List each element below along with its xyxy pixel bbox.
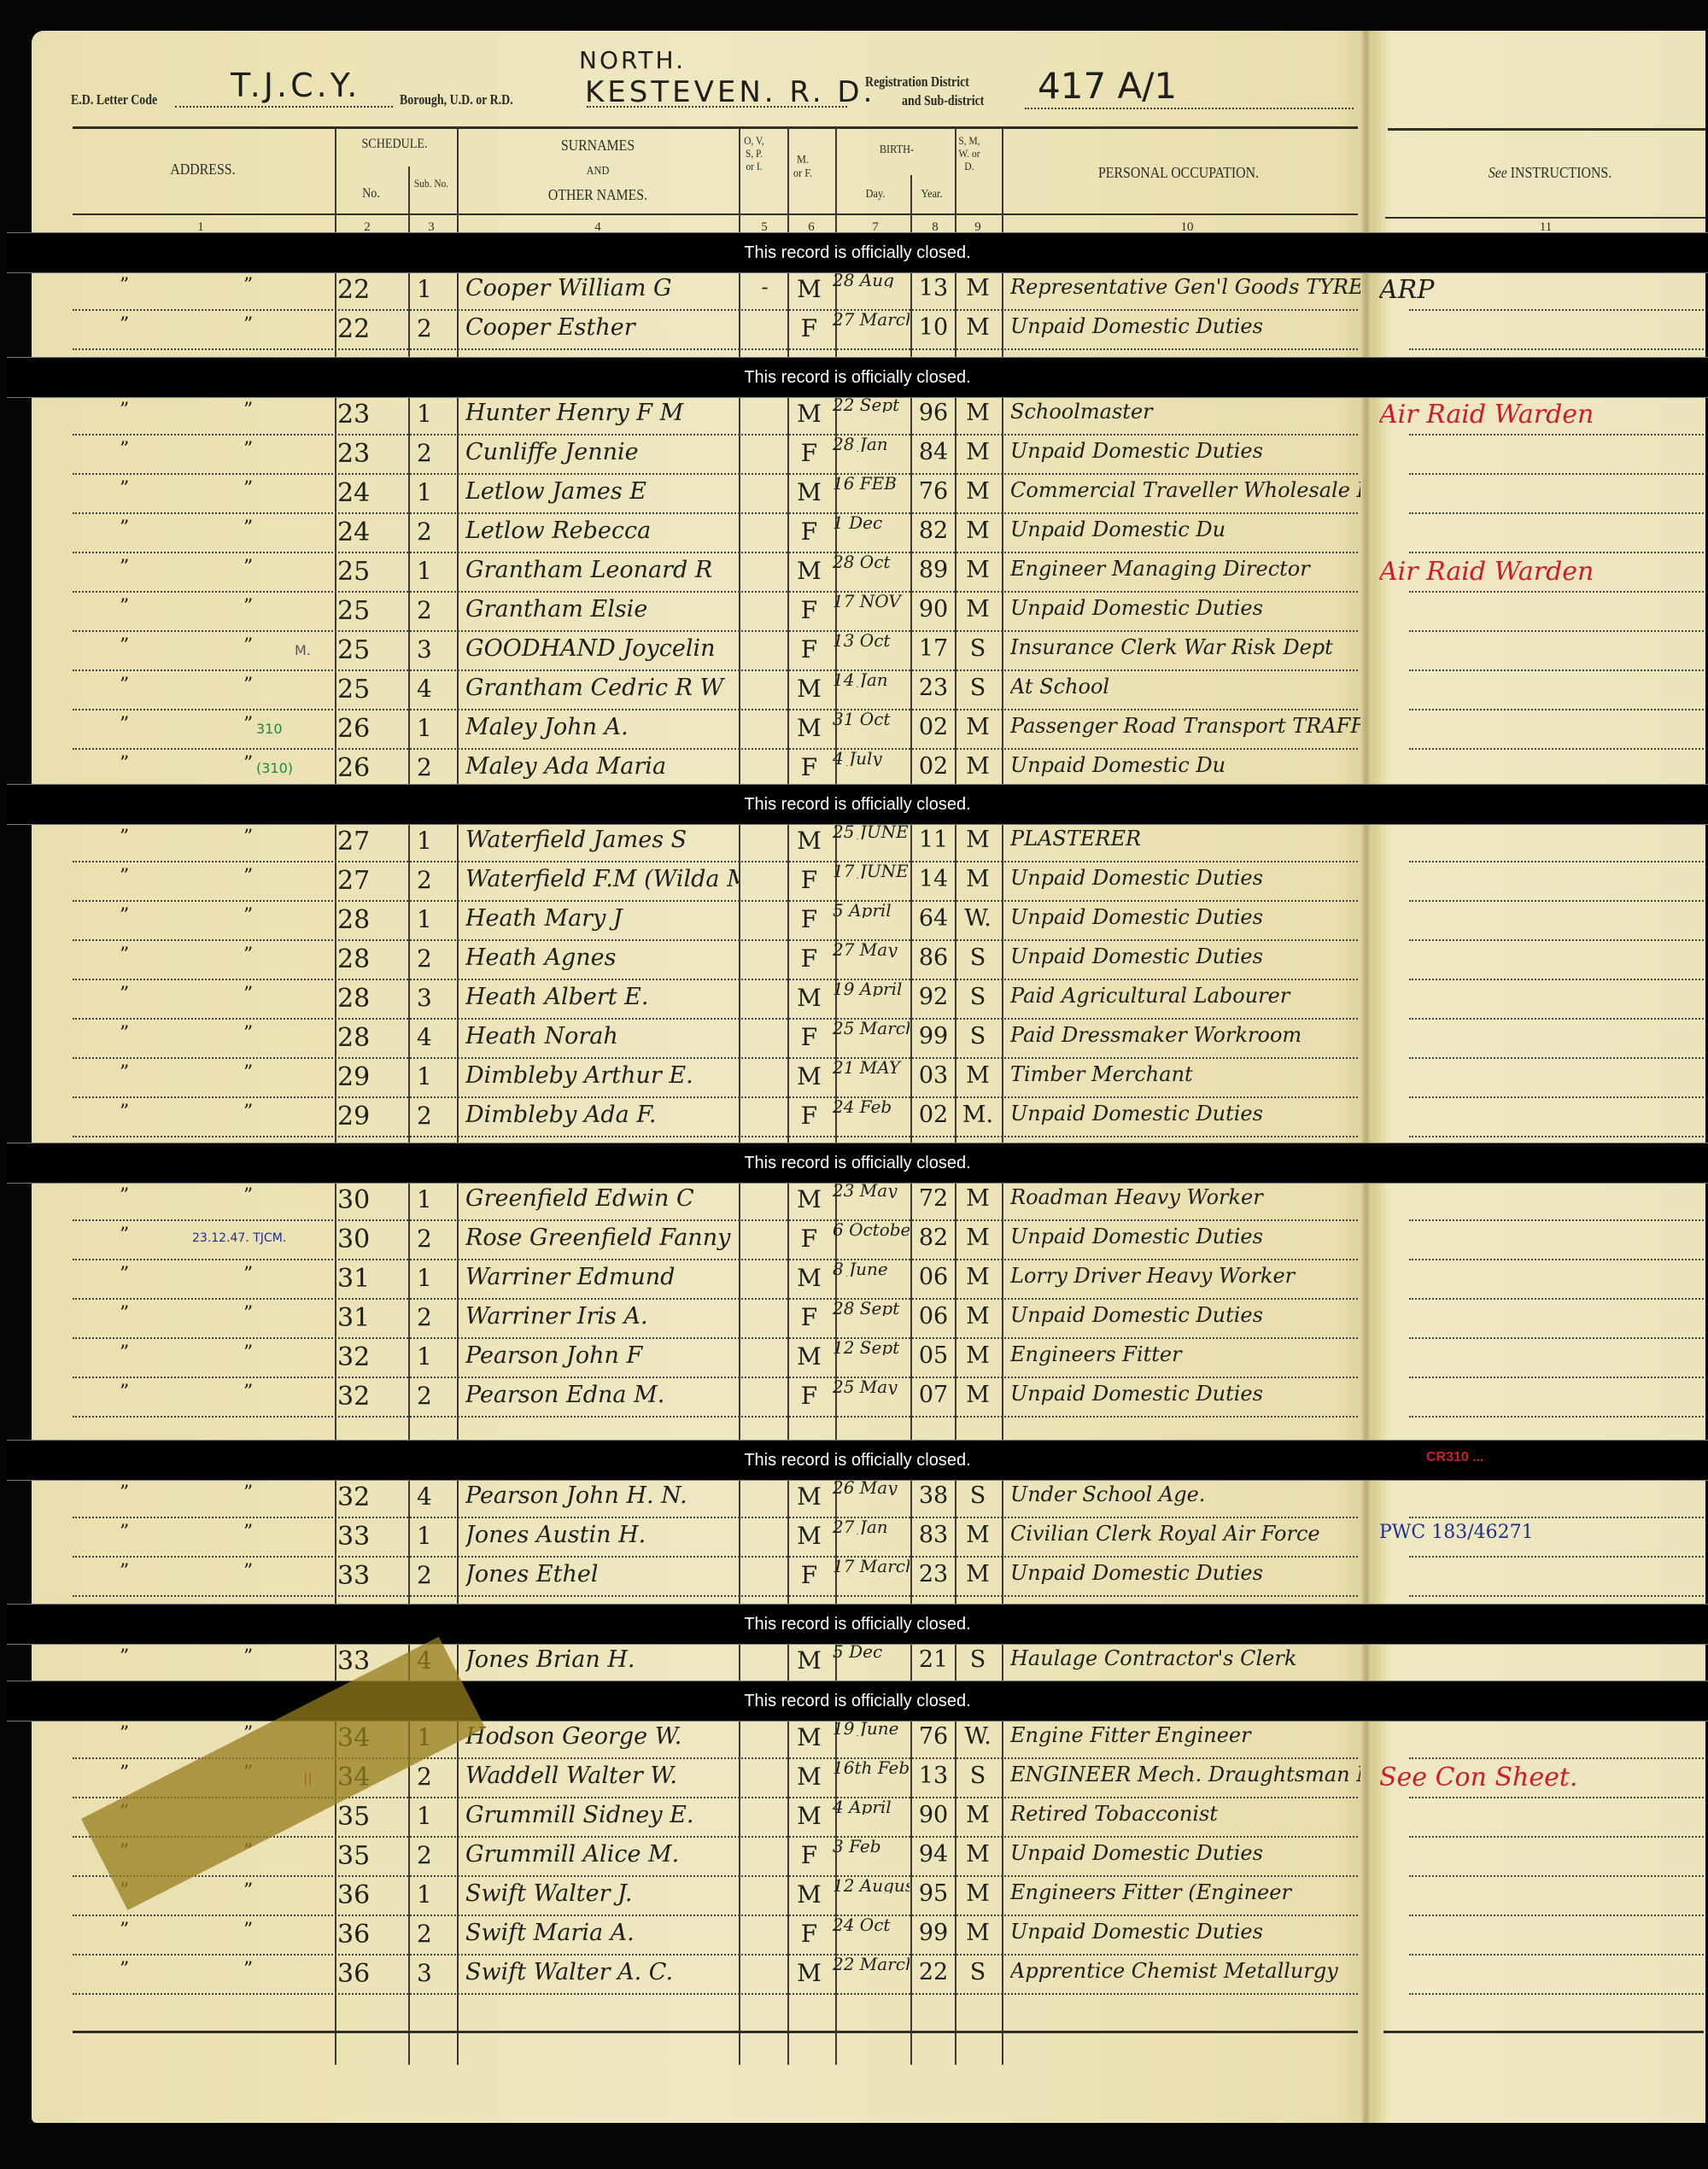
sex: M xyxy=(790,1959,828,1987)
table-row: ””221Cooper William G-M28 Aug13MRepresen… xyxy=(0,272,1708,311)
table-row: ””281Heath Mary JF5 April64W.Unpaid Dome… xyxy=(0,902,1708,941)
header-rule-top xyxy=(73,126,1358,129)
red-stamp: CR310 ... xyxy=(1426,1450,1484,1465)
sex: F xyxy=(790,314,828,342)
address-ditto: ” xyxy=(120,557,154,578)
ovspi-code: - xyxy=(741,275,788,299)
margin-note: 23.12.47. TJCM. xyxy=(192,1231,333,1245)
birth-year: 07 xyxy=(912,1382,955,1408)
birth-day: 4 April xyxy=(833,1799,910,1815)
col-surnames-line1: SURNAMES xyxy=(474,137,722,155)
marital-condition: M xyxy=(956,1342,999,1369)
marital-condition: S xyxy=(956,1023,999,1049)
person-name: Dimbleby Arthur E. xyxy=(465,1062,739,1089)
birth-year: 84 xyxy=(912,439,955,465)
birth-day: 24 Feb xyxy=(833,1099,910,1114)
birth-year: 64 xyxy=(912,905,955,932)
registration-label-line1: Registration District xyxy=(865,73,969,91)
table-row: ””361Swift Walter J.M12 August95MEnginee… xyxy=(0,1877,1708,1916)
marital-condition: M xyxy=(956,275,999,301)
birth-year: 21 xyxy=(912,1646,955,1673)
address-ditto: ” xyxy=(243,1062,278,1084)
schedule-number: 35 xyxy=(337,1802,397,1832)
birth-day: 17 JUNE xyxy=(833,863,910,879)
birth-day: 12 August xyxy=(833,1878,910,1893)
schedule-sub-number: 1 xyxy=(417,557,451,585)
occupation: Unpaid Domestic Duties xyxy=(1010,1303,1360,1327)
sex: F xyxy=(790,517,828,546)
person-name: Greenfield Edwin C xyxy=(465,1185,739,1212)
schedule-sub-number: 2 xyxy=(417,1920,451,1948)
occupation: Engineers Fitter xyxy=(1010,1342,1360,1366)
marital-condition: S xyxy=(956,984,999,1010)
address-ditto: ” xyxy=(243,905,278,927)
occupation: Engine Fitter Engineer xyxy=(1010,1723,1360,1747)
occupation: Unpaid Domestic Duties xyxy=(1010,905,1360,929)
sex: M xyxy=(790,1646,828,1675)
person-name: Heath Agnes xyxy=(465,944,739,971)
birth-year: 06 xyxy=(912,1303,955,1330)
margin-note: 310 xyxy=(256,721,325,737)
birth-day: 25 March xyxy=(833,1020,910,1036)
birth-day: 14 Jan xyxy=(833,672,910,687)
person-name: Swift Walter J. xyxy=(465,1880,739,1907)
schedule-sub-number: 1 xyxy=(417,1342,451,1371)
marital-condition: M xyxy=(956,478,999,505)
occupation: Unpaid Domestic Duties xyxy=(1010,596,1360,620)
person-name: Grantham Leonard R xyxy=(465,557,739,583)
person-name: Hunter Henry F M xyxy=(465,400,739,426)
schedule-number: 25 xyxy=(337,557,397,587)
address-ditto: ” xyxy=(243,984,278,1005)
sex: M xyxy=(790,675,828,703)
address-ditto: ” xyxy=(120,1023,154,1044)
sex: F xyxy=(790,944,828,973)
marital-condition: M xyxy=(956,753,999,780)
schedule-sub-number: 2 xyxy=(417,314,451,342)
closed-record-bar: This record is officially closed. xyxy=(7,357,1708,398)
schedule-number: 27 xyxy=(337,827,397,856)
address-ditto: ” xyxy=(243,827,278,848)
address-ditto: ” xyxy=(120,1763,154,1784)
birth-year: 90 xyxy=(912,1802,955,1828)
address-ditto: ” xyxy=(243,314,278,336)
schedule-number: 28 xyxy=(337,1023,397,1053)
schedule-number: 31 xyxy=(337,1264,397,1294)
col-surnames-line2: AND xyxy=(474,165,722,178)
table-row: ””321Pearson John FM12 Sept05MEngineers … xyxy=(0,1339,1708,1378)
schedule-sub-number: 4 xyxy=(417,1023,451,1051)
table-row: ””292Dimbleby Ada F.F24 Feb02M.Unpaid Do… xyxy=(0,1098,1708,1137)
col-schedule-no: No. xyxy=(339,186,403,202)
row-dotted-rule-right xyxy=(1409,1595,1704,1597)
address-ditto: ” xyxy=(243,1023,278,1044)
birth-year: 05 xyxy=(912,1342,955,1369)
address-ditto: ” xyxy=(243,1959,278,1980)
closed-record-bar: This record is officially closed. xyxy=(7,1604,1708,1645)
birth-day: 28 Sept xyxy=(833,1301,910,1316)
sex: M xyxy=(790,1264,828,1292)
occupation: Unpaid Domestic Du xyxy=(1010,753,1360,777)
address-ditto: ” xyxy=(120,1264,154,1285)
address-ditto: ” xyxy=(120,517,154,539)
schedule-number: 28 xyxy=(337,905,397,935)
table-row: ””301Greenfield Edwin CM23 May72MRoadman… xyxy=(0,1182,1708,1221)
col-address-heading: ADDRESS. xyxy=(88,161,317,178)
birth-day: 21 MAY xyxy=(833,1060,910,1075)
birth-day: 12 Sept xyxy=(833,1340,910,1355)
marital-condition: S xyxy=(956,635,999,662)
col-instructions-label: INSTRUCTIONS. xyxy=(1511,164,1611,181)
person-name: Cooper Esther xyxy=(465,314,739,341)
address-ditto: ” xyxy=(243,1102,278,1123)
schedule-sub-number: 2 xyxy=(417,944,451,973)
schedule-number: 26 xyxy=(337,753,397,783)
table-row: ””241Letlow James EM16 FEB76MCommercial … xyxy=(0,475,1708,514)
birth-day: 27 May xyxy=(833,942,910,957)
address-ditto: ” xyxy=(243,557,278,578)
birth-year: 13 xyxy=(912,275,955,301)
schedule-number: 24 xyxy=(337,478,397,508)
occupation: Paid Agricultural Labourer xyxy=(1010,984,1360,1008)
person-name: Maley Ada Maria xyxy=(465,753,739,780)
schedule-sub-number: 2 xyxy=(417,1763,451,1791)
sex: F xyxy=(790,596,828,624)
person-name: Waddell Walter W. xyxy=(465,1763,739,1789)
schedule-number: 31 xyxy=(337,1303,397,1333)
address-ditto: ” xyxy=(120,984,154,1005)
col-sex: M. or F. xyxy=(792,154,814,181)
sex: M xyxy=(790,478,828,506)
sex: M xyxy=(790,1062,828,1090)
schedule-sub-number: 1 xyxy=(417,1880,451,1909)
birth-day: 3 Feb xyxy=(833,1839,910,1854)
occupation: Retired Tobacconist xyxy=(1010,1802,1360,1826)
schedule-number: 29 xyxy=(337,1102,397,1131)
occupation: Haulage Contractor's Clerk xyxy=(1010,1646,1360,1670)
person-name: Cooper William G xyxy=(465,275,739,301)
closed-record-bar: This record is officially closed. xyxy=(7,1681,1708,1722)
person-name: GOODHAND Joycelin xyxy=(465,635,739,662)
person-name: Hodson George W. xyxy=(465,1723,739,1750)
birth-year: 06 xyxy=(912,1264,955,1290)
person-name: Grummill Alice M. xyxy=(465,1841,739,1868)
sex: F xyxy=(790,1841,828,1869)
sex: F xyxy=(790,1561,828,1589)
header-rule-top-right xyxy=(1388,128,1705,131)
occupation: Civilian Clerk Royal Air Force xyxy=(1010,1522,1360,1546)
address-ditto: ” xyxy=(243,517,278,539)
row-dotted-rule xyxy=(73,348,1358,350)
birth-day: 23 May xyxy=(833,1183,910,1198)
margin-note: (310) xyxy=(256,760,325,776)
schedule-sub-number: 1 xyxy=(417,1802,451,1830)
birth-year: 13 xyxy=(912,1763,955,1789)
address-ditto: ” xyxy=(120,478,154,500)
birth-year: 02 xyxy=(912,1102,955,1128)
person-name: Heath Mary J xyxy=(465,905,739,932)
occupation: Apprentice Chemist Metallurgy xyxy=(1010,1959,1360,1983)
schedule-number: 36 xyxy=(337,1920,397,1950)
table-row: ”23.12.47. TJCM.302Rose Greenfield Fanny… xyxy=(0,1221,1708,1260)
sex: F xyxy=(790,1225,828,1253)
birth-day: 8 June xyxy=(833,1261,910,1277)
address-ditto: ” xyxy=(120,866,154,887)
marital-condition: M. xyxy=(956,1102,999,1128)
birth-year: 99 xyxy=(912,1920,955,1946)
row-dotted-rule-right xyxy=(1409,1416,1704,1418)
occupation: Timber Merchant xyxy=(1010,1062,1360,1086)
table-row: ””291Dimbleby Arthur E.M21 MAY03MTimber … xyxy=(0,1059,1708,1098)
address-ditto: ” xyxy=(243,1522,278,1543)
schedule-number: 32 xyxy=(337,1482,397,1512)
schedule-sub-number: 4 xyxy=(417,1482,451,1511)
borough-value-line1: NORTH. xyxy=(579,46,686,74)
sex: F xyxy=(790,905,828,933)
table-row: ””312Warriner Iris A.F28 Sept06MUnpaid D… xyxy=(0,1300,1708,1339)
marital-condition: S xyxy=(956,1482,999,1509)
sex: F xyxy=(790,753,828,781)
birth-year: 17 xyxy=(912,635,955,662)
sex: M xyxy=(790,1522,828,1550)
sex: M xyxy=(790,827,828,855)
person-name: Warriner Iris A. xyxy=(465,1303,739,1330)
table-row: ””282Heath AgnesF27 May86SUnpaid Domesti… xyxy=(0,941,1708,980)
sex: F xyxy=(790,1382,828,1410)
birth-day: 19 June xyxy=(833,1721,910,1736)
address-ditto: ” xyxy=(120,714,154,735)
schedule-number: 25 xyxy=(337,635,397,665)
schedule-sub-number: 1 xyxy=(417,275,451,303)
address-ditto: ” xyxy=(243,1264,278,1285)
schedule-sub-number: 1 xyxy=(417,714,451,742)
schedule-sub-number: 2 xyxy=(417,753,451,781)
address-ditto: ” xyxy=(120,1102,154,1123)
birth-day: 22 March xyxy=(833,1956,910,1972)
birth-year: 23 xyxy=(912,675,955,701)
birth-day: 16th Feb xyxy=(833,1760,910,1775)
marital-condition: S xyxy=(956,675,999,701)
schedule-sub-number: 1 xyxy=(417,478,451,506)
birth-day: 27 March xyxy=(833,312,910,327)
occupation: Commercial Traveller Wholesale Drapers T… xyxy=(1010,478,1360,502)
schedule-number: 32 xyxy=(337,1342,397,1372)
birth-day: 28 Oct xyxy=(833,554,910,570)
table-row: ””254Grantham Cedric R WM14 Jan23SAt Sch… xyxy=(0,671,1708,710)
schedule-number: 32 xyxy=(337,1382,397,1412)
birth-year: 96 xyxy=(912,400,955,426)
schedule-number: 27 xyxy=(337,866,397,896)
person-name: Grantham Cedric R W xyxy=(465,675,739,701)
occupation: Paid Dressmaker Workroom xyxy=(1010,1023,1360,1047)
birth-year: 10 xyxy=(912,314,955,341)
table-row: ””311Warriner EdmundM8 June06MLorry Driv… xyxy=(0,1260,1708,1300)
schedule-number: 30 xyxy=(337,1225,397,1254)
schedule-number: 22 xyxy=(337,275,397,305)
birth-day: 4 July xyxy=(833,751,910,766)
address-ditto: ” xyxy=(243,944,278,966)
registration-dotline xyxy=(1025,108,1354,109)
address-ditto: ” xyxy=(243,1880,278,1902)
person-name: Jones Austin H. xyxy=(465,1522,739,1548)
occupation: Unpaid Domestic Duties xyxy=(1010,439,1360,463)
address-ditto: ” xyxy=(120,400,154,421)
table-row: ””363Swift Walter A. C.M22 March22SAppre… xyxy=(0,1956,1708,1995)
sex: M xyxy=(790,1482,828,1511)
occupation: Roadman Heavy Worker xyxy=(1010,1185,1360,1209)
schedule-sub-number: 2 xyxy=(417,1303,451,1331)
schedule-number: 23 xyxy=(337,439,397,469)
person-name: Waterfield James S xyxy=(465,827,739,853)
schedule-number: 22 xyxy=(337,314,397,344)
address-ditto: ” xyxy=(120,1723,154,1745)
birth-day: 19 April xyxy=(833,981,910,997)
person-name: Grummill Sidney E. xyxy=(465,1802,739,1828)
table-row: ””334Jones Brian H.M5 Dec21SHaulage Cont… xyxy=(0,1643,1708,1682)
birth-day: 5 Dec xyxy=(833,1644,910,1659)
col-birth-year: Year. xyxy=(913,188,951,202)
birth-year: 38 xyxy=(912,1482,955,1509)
table-row: ””272Waterfield F.M (Wilda Mary)F17 JUNE… xyxy=(0,862,1708,902)
address-ditto: ” xyxy=(120,1522,154,1543)
instructions-note: Air Raid Warden xyxy=(1379,400,1704,430)
sex: M xyxy=(790,984,828,1012)
marital-condition: M xyxy=(956,866,999,892)
marital-condition: M xyxy=(956,827,999,853)
birth-day: 16 FEB xyxy=(833,476,910,491)
schedule-sub-number: 2 xyxy=(417,1561,451,1589)
birth-year: 76 xyxy=(912,478,955,505)
address-ditto: ” xyxy=(243,439,278,460)
sex: F xyxy=(790,1023,828,1051)
schedule-sub-number: 1 xyxy=(417,827,451,855)
schedule-number: 23 xyxy=(337,400,397,430)
header-rule-bottom-right xyxy=(1385,217,1705,219)
birth-year: 82 xyxy=(912,1225,955,1251)
marital-condition: M xyxy=(956,1303,999,1330)
address-ditto: ” xyxy=(120,1482,154,1504)
sex: F xyxy=(790,1303,828,1331)
occupation: Unpaid Domestic Duties xyxy=(1010,1841,1360,1865)
occupation: Unpaid Domestic Duties xyxy=(1010,866,1360,890)
marital-condition: S xyxy=(956,1763,999,1789)
person-name: Grantham Elsie xyxy=(465,596,739,623)
borough-value-line2: KESTEVEN. R. D. xyxy=(585,75,875,109)
table-row: ””322Pearson Edna M.F25 May07MUnpaid Dom… xyxy=(0,1378,1708,1418)
table-row: ””362Swift Maria A.F24 Oct99MUnpaid Dome… xyxy=(0,1916,1708,1956)
schedule-sub-number: 2 xyxy=(417,1382,451,1410)
birth-year: 92 xyxy=(912,984,955,1010)
occupation: Engineer Managing Director xyxy=(1010,557,1360,581)
address-ditto: ” xyxy=(120,944,154,966)
marital-condition: M xyxy=(956,439,999,465)
address-ditto: ” xyxy=(243,1303,278,1324)
schedule-number: 25 xyxy=(337,596,397,626)
table-row: ””222Cooper EstherF27 March10MUnpaid Dom… xyxy=(0,311,1708,350)
person-name: Swift Maria A. xyxy=(465,1920,739,1946)
marital-condition: M xyxy=(956,557,999,583)
person-name: Letlow James E xyxy=(465,478,739,505)
person-name: Jones Brian H. xyxy=(465,1646,739,1673)
person-name: Letlow Rebecca xyxy=(465,517,739,544)
borough-label: Borough, U.D. or R.D. xyxy=(400,91,513,108)
sex: M xyxy=(790,1342,828,1371)
schedule-number: 24 xyxy=(337,517,397,547)
address-ditto: ” xyxy=(243,1561,278,1582)
address-ditto: ” xyxy=(243,275,278,296)
occupation: Unpaid Domestic Duties xyxy=(1010,944,1360,968)
occupation: Passenger Road Transport TRAFFIC Superin… xyxy=(1010,714,1360,738)
occupation: Unpaid Domestic Duties xyxy=(1010,1102,1360,1125)
birth-year: 95 xyxy=(912,1880,955,1907)
marital-condition: M xyxy=(956,714,999,740)
table-row: ””271Waterfield James SM25 JUNE11MPLASTE… xyxy=(0,823,1708,862)
closed-record-bar: This record is officially closed. xyxy=(7,232,1708,273)
col-ovspi: O, V, S, P. or I. xyxy=(743,135,765,173)
sex: M xyxy=(790,1802,828,1830)
birth-year: 86 xyxy=(912,944,955,971)
birth-day: 28 Jan xyxy=(833,436,910,452)
person-name: Heath Norah xyxy=(465,1023,739,1049)
sex: M xyxy=(790,1763,828,1791)
person-name: Dimbleby Ada F. xyxy=(465,1102,739,1128)
table-bottom-rule xyxy=(73,2031,1358,2033)
birth-year: 11 xyxy=(912,827,955,853)
occupation: Unpaid Domestic Duties xyxy=(1010,314,1360,338)
marital-condition: M xyxy=(956,1382,999,1408)
sex: M xyxy=(790,557,828,585)
occupation: Insurance Clerk War Risk Dept xyxy=(1010,635,1360,659)
marital-condition: M xyxy=(956,1225,999,1251)
col-instructions: See INSTRUCTIONS. xyxy=(1411,164,1689,182)
birth-day: 1 Dec xyxy=(833,515,910,530)
person-name: Pearson John F xyxy=(465,1342,739,1369)
row-dotted-rule xyxy=(73,1416,1358,1418)
person-name: Maley John A. xyxy=(465,714,739,740)
marital-condition: M xyxy=(956,1522,999,1548)
instructions-note: PWC 183/46271 xyxy=(1379,1522,1704,1543)
row-dotted-rule xyxy=(73,1993,1358,1995)
marital-condition: M xyxy=(956,1920,999,1946)
table-row: ””252Grantham ElsieF17 NOV90MUnpaid Dome… xyxy=(0,593,1708,632)
address-ditto: ” xyxy=(120,905,154,927)
address-ditto: ” xyxy=(120,753,154,775)
birth-day: 26 May xyxy=(833,1480,910,1495)
ed-letter-code-label: E.D. Letter Code xyxy=(71,91,157,108)
instructions-note: See Con Sheet. xyxy=(1379,1763,1704,1792)
schedule-sub-number: 2 xyxy=(417,439,451,467)
birth-day: 25 May xyxy=(833,1379,910,1394)
sex: F xyxy=(790,1920,828,1948)
address-ditto: ” xyxy=(120,1382,154,1403)
occupation: Unpaid Domestic Duties xyxy=(1010,1225,1360,1248)
col-schedule-sub: Sub. No. xyxy=(411,178,452,190)
schedule-number: 33 xyxy=(337,1522,397,1552)
marital-condition: M xyxy=(956,1062,999,1089)
closed-record-bar: This record is officially closed. xyxy=(7,784,1708,825)
table-row: ””332Jones EthelF17 March23MUnpaid Domes… xyxy=(0,1558,1708,1597)
marital-condition: S xyxy=(956,944,999,971)
schedule-sub-number: 1 xyxy=(417,905,451,933)
table-row: ””242Letlow RebeccaF1 Dec82MUnpaid Domes… xyxy=(0,514,1708,553)
address-ditto: ” xyxy=(120,596,154,617)
sex: M xyxy=(790,1723,828,1751)
address-ditto: ” xyxy=(120,675,154,696)
occupation: Unpaid Domestic Du xyxy=(1010,517,1360,541)
address-ditto: ” xyxy=(120,1646,154,1668)
marital-condition: S xyxy=(956,1959,999,1985)
person-name: Heath Albert E. xyxy=(465,984,739,1010)
